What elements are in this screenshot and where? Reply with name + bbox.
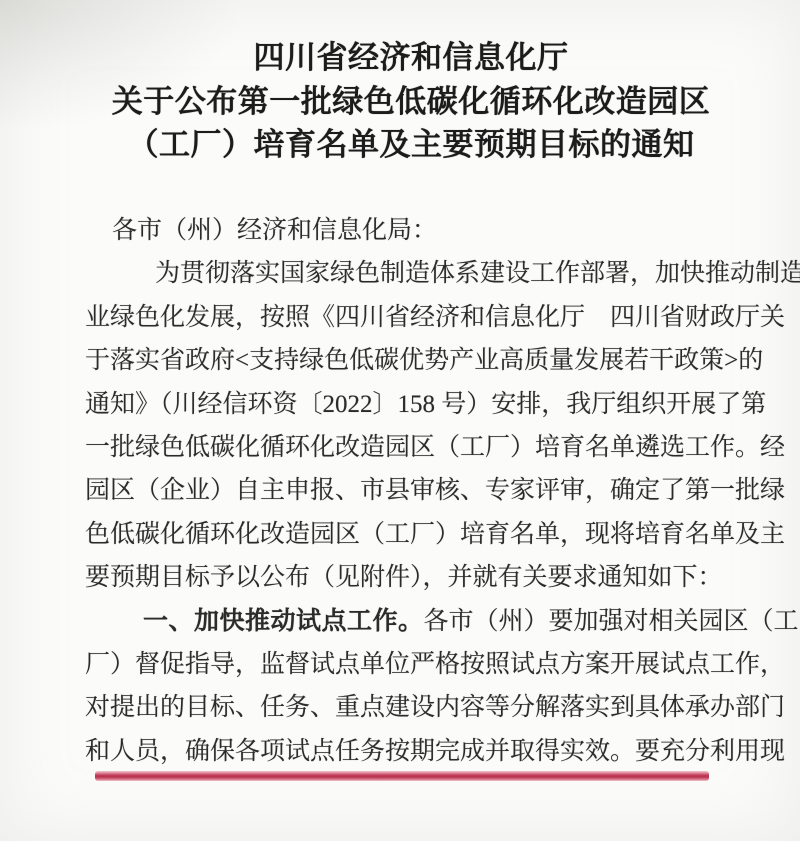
body-line: 园区（企业）自主申报、市县审核、专家评审，确定了第一批绿 [85,469,775,512]
title-line-1: 四川省经济和信息化厅 [22,36,800,80]
body-line: 和人员，确保各项试点任务按期完成并取得实效。要充分利用现 [85,730,775,773]
section-heading-line: 一、加快推动试点工作。各市（州）要加强对相关园区（工 [85,600,775,643]
document-title: 四川省经济和信息化厅 关于公布第一批绿色低碳化循环化改造园区 （工厂）培育名单及… [0,36,800,167]
title-line-3: （工厂）培育名单及主要预期目标的通知 [22,123,800,167]
title-line-2: 关于公布第一批绿色低碳化循环化改造园区 [22,80,800,124]
body-line: 为贯彻落实国家绿色制造体系建设工作部署，加快推动制造 [85,252,775,295]
salutation: 各市（州）经济和信息化局： [85,209,775,252]
body-line: 一批绿色低碳化循环化改造园区（工厂）培育名单遴选工作。经 [85,426,775,469]
body-line: 通知》（川经信环资〔2022〕158 号）安排，我厅组织开展了第 [85,383,775,426]
section-heading: 一、加快推动试点工作。 [143,607,424,635]
body-line: 要预期目标予以公布（见附件），并就有关要求通知如下： [85,556,775,599]
document-page: 四川省经济和信息化厅 关于公布第一批绿色低碳化循环化改造园区 （工厂）培育名单及… [0,0,800,841]
body-line: 业绿色化发展，按照《四川省经济和信息化厅 四川省财政厅关 [85,296,775,339]
document-body: 各市（州）经济和信息化局： 为贯彻落实国家绿色制造体系建设工作部署，加快推动制造… [85,209,775,773]
body-line: 厂）督促指导，监督试点单位严格按照试点方案开展试点工作， [85,643,775,686]
body-line: 对提出的目标、任务、重点建设内容等分解落实到具体承办部门 [85,686,775,729]
body-line: 于落实省政府<支持绿色低碳优势产业高质量发展若干政策>的 [85,339,775,382]
body-line: 各市（州）要加强对相关园区（工 [424,608,799,635]
body-line: 色低碳化循环化改造园区（工厂）培育名单，现将培育名单及主 [85,513,775,556]
red-divider-line [95,771,709,781]
